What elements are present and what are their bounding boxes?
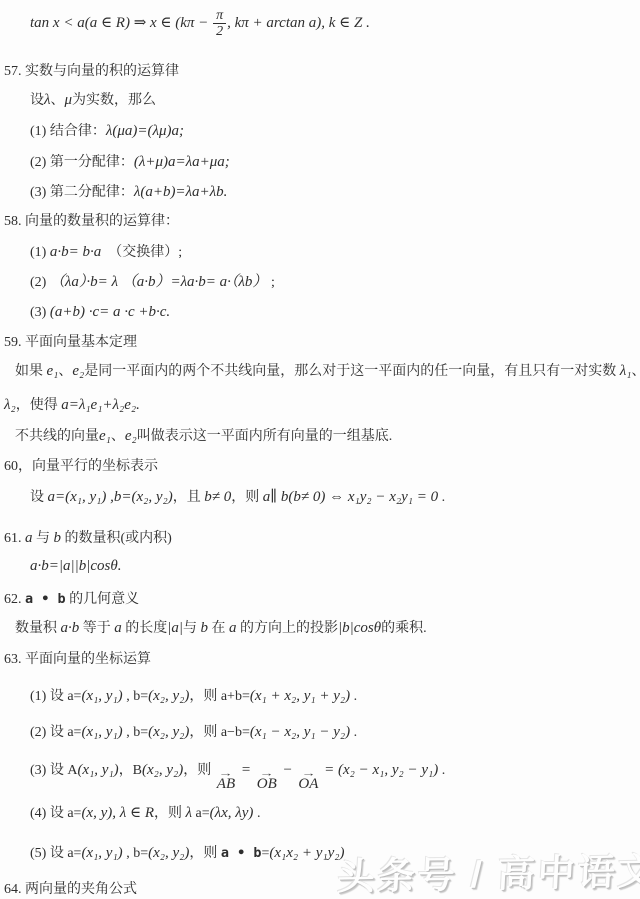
watermark-text: 头条号 / 高中语文在线: [336, 840, 640, 899]
heading-59: 59. 平面向量基本定理: [4, 333, 137, 353]
vector-overarrow: →OA: [298, 769, 318, 792]
line-59-body2: λ₂，使得 a=λ₁e₁+λ₂e₂.: [4, 395, 140, 416]
vector-overarrow: →AB: [217, 769, 235, 792]
line-58-3: (3) (a+b) ·c= a ·c +b·c.: [30, 302, 170, 323]
formula-tan-inequality: tan x < a(a ∈ R) ⇒ x ∈ (kπ − π2, kπ + ar…: [30, 8, 370, 40]
line-61-body: a·b=|a||b|cosθ.: [30, 556, 121, 577]
heading-61: 61. a 与 b 的数量积(或内积): [4, 528, 172, 549]
heading-62: 62. a • b 的几何意义: [4, 589, 139, 610]
line-57-2: (2) 第一分配律：(λ+μ)a=λa+μa;: [30, 152, 230, 173]
line-57-1: (1) 结合律：λ(μa)=(λμ)a;: [30, 121, 184, 142]
line-57-intro: 设λ、μ为实数，那么: [30, 90, 156, 111]
line-62-body: 数量积 a·b 等于 a 的长度|a|与 b 在 a 的方向上的投影|b|cos…: [15, 618, 427, 639]
line-57-3: (3) 第二分配律：λ(a+b)=λa+λb.: [30, 182, 227, 203]
line-63-2: (2) 设 a=(x₁, y₁) , b=(x₂, y₂)，则 a−b=(x₁ …: [30, 722, 357, 743]
line-63-5: (5) 设 a=(x₁, y₁) , b=(x₂, y₂)，则 a • b=(x…: [30, 843, 345, 864]
heading-64: 64. 两向量的夹角公式: [4, 880, 137, 899]
line-60-body: 设 a=(x₁, y₁) ,b=(x₂, y₂)，且 b≠ 0，则 a∥ b(b…: [30, 487, 445, 508]
heading-57: 57. 实数与向量的积的运算律: [4, 62, 179, 82]
line-63-1: (1) 设 a=(x₁, y₁) , b=(x₂, y₂)，则 a+b=(x₁ …: [30, 686, 357, 707]
math-formula-document-page: tan x < a(a ∈ R) ⇒ x ∈ (kπ − π2, kπ + ar…: [0, 0, 640, 899]
line-59-body3: 不共线的向量e₁、e₂叫做表示这一平面内所有向量的一组基底.: [15, 426, 392, 447]
line-59-body1: 如果 e₁、e₂是同一平面内的两个不共线向量，那么对于这一平面内的任一向量，有且…: [15, 361, 640, 382]
vector-overarrow: →OB: [257, 769, 277, 792]
line-63-4: (4) 设 a=(x, y), λ ∈ R，则 λ a=(λx, λy) .: [30, 803, 260, 824]
heading-60: 60，向量平行的坐标表示: [4, 457, 158, 477]
heading-58: 58. 向量的数量积的运算律：: [4, 212, 179, 232]
line-63-3: (3) 设 A(x₁, y₁)，B(x₂, y₂)，则 →AB = →OB − …: [30, 760, 445, 792]
heading-63: 63. 平面向量的坐标运算: [4, 650, 151, 670]
fraction: π2: [213, 8, 226, 40]
line-58-2: (2) （λa）·b= λ （a·b）=λa·b= a·（λb） ;: [30, 272, 275, 293]
line-58-1: (1) a·b= b·a （交换律）;: [30, 242, 182, 263]
